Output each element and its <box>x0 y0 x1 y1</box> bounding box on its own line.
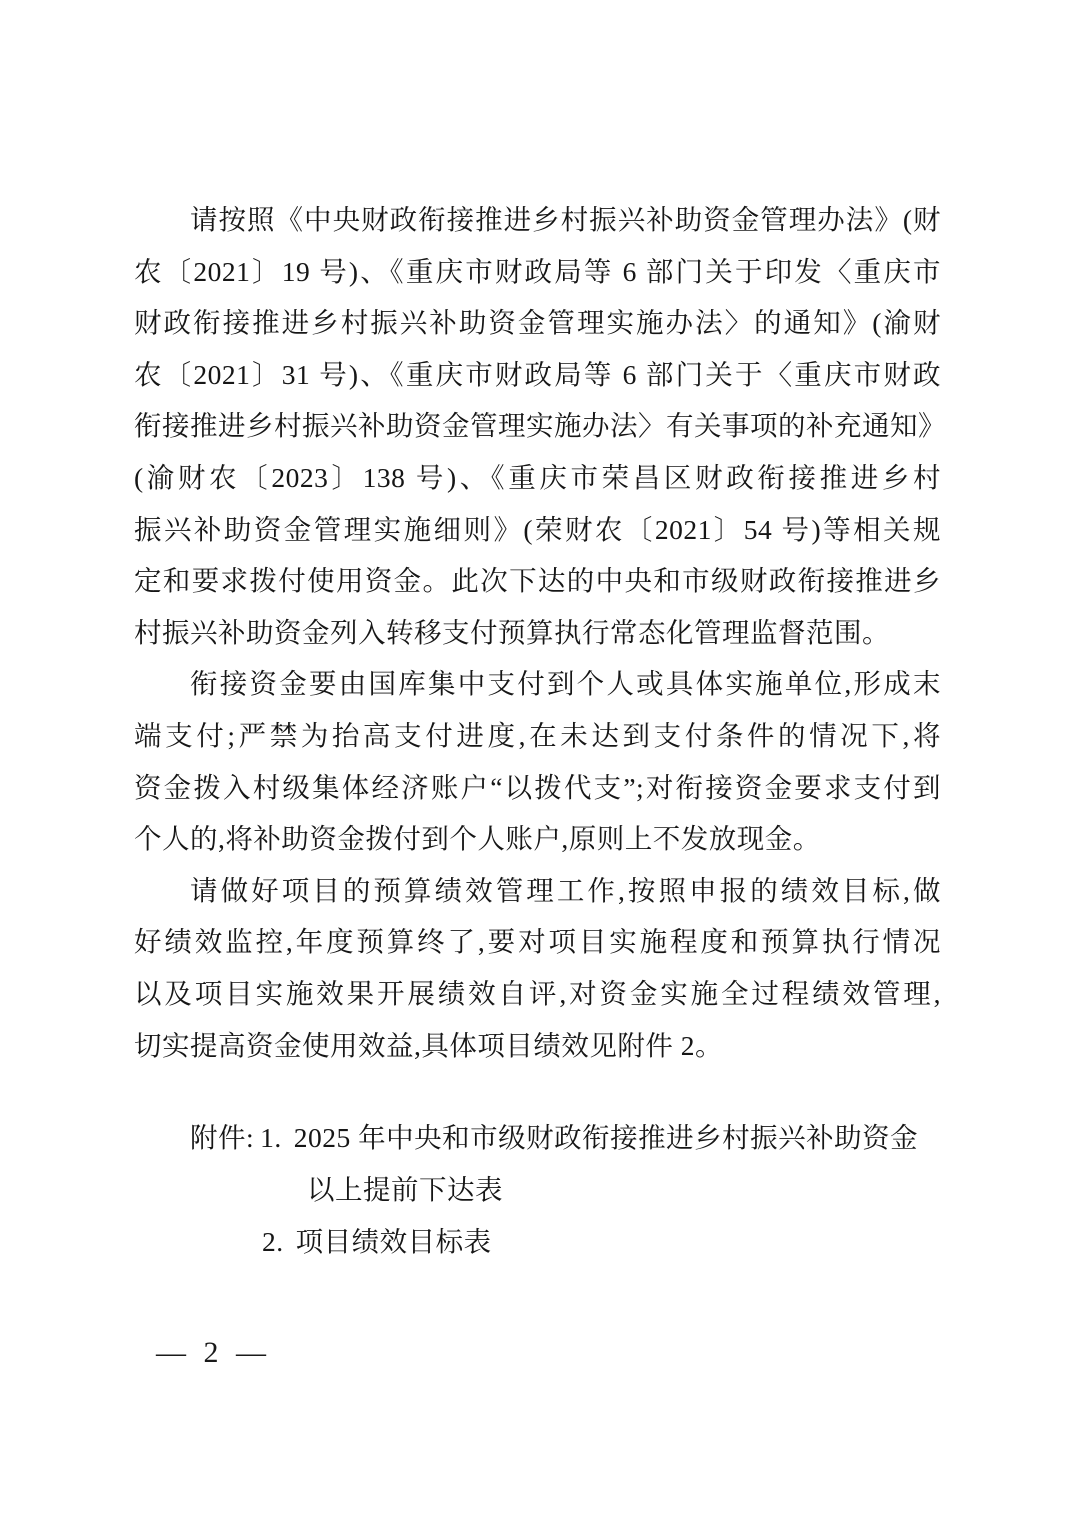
body-line-9: 村振兴补助资金列入转移支付预算执行常态化管理监督范围。 <box>134 607 941 659</box>
body-line-1: 请按照《中央财政衔接推进乡村振兴补助资金管理办法》(财 <box>134 194 941 246</box>
attachment-item-2: 2.项目绩效目标表 <box>190 1216 950 1268</box>
attachment-item-1-line-1: 附件:1.2025 年中央和市级财政衔接推进乡村振兴补助资金 <box>190 1112 950 1164</box>
body-line-15: 好绩效监控,年度预算终了,要对项目实施程度和预算执行情况 <box>134 916 941 968</box>
body-line-3: 财政衔接推进乡村振兴补助资金管理实施办法〉的通知》(渝财 <box>134 297 941 349</box>
attachments-label: 附件: <box>190 1122 254 1153</box>
document-body: 请按照《中央财政衔接推进乡村振兴补助资金管理办法》(财 农〔2021〕19 号)… <box>134 194 941 1071</box>
attachments-block: 附件:1.2025 年中央和市级财政衔接推进乡村振兴补助资金 以上提前下达表 2… <box>190 1112 950 1268</box>
body-line-14: 请做好项目的预算绩效管理工作,按照申报的绩效目标,做 <box>134 865 941 917</box>
body-line-13: 个人的,将补助资金拨付到个人账户,原则上不发放现金。 <box>134 813 941 865</box>
body-line-12: 资金拨入村级集体经济账户“以拨代支”;对衔接资金要求支付到 <box>134 762 941 814</box>
body-line-4: 农〔2021〕31 号)、《重庆市财政局等 6 部门关于〈重庆市财政 <box>134 349 941 401</box>
body-line-8: 定和要求拨付使用资金。此次下达的中央和市级财政衔接推进乡 <box>134 555 941 607</box>
body-line-10: 衔接资金要由国库集中支付到个人或具体实施单位,形成末 <box>134 658 941 710</box>
attachment-1-title: 2025 年中央和市级财政衔接推进乡村振兴补助资金 <box>294 1122 918 1153</box>
body-line-7: 振兴补助资金管理实施细则》(荣财农〔2021〕54 号)等相关规 <box>134 504 941 556</box>
document-page: 请按照《中央财政衔接推进乡村振兴补助资金管理办法》(财 农〔2021〕19 号)… <box>0 0 1074 1520</box>
attachment-item-1-line-2: 以上提前下达表 <box>190 1164 950 1216</box>
body-line-2: 农〔2021〕19 号)、《重庆市财政局等 6 部门关于印发〈重庆市 <box>134 246 941 298</box>
body-line-17: 切实提高资金使用效益,具体项目绩效见附件 2。 <box>134 1020 941 1072</box>
body-line-11: 端支付;严禁为抬高支付进度,在未达到支付条件的情况下,将 <box>134 710 941 762</box>
body-line-16: 以及项目实施效果开展绩效自评,对资金实施全过程绩效管理, <box>134 968 941 1020</box>
attachment-2-title: 项目绩效目标表 <box>296 1226 492 1257</box>
page-number: — 2 — <box>156 1336 267 1370</box>
body-line-5: 衔接推进乡村振兴补助资金管理实施办法〉有关事项的补充通知》 <box>134 400 941 452</box>
attachment-1-number: 1. <box>260 1122 282 1153</box>
attachment-2-number: 2. <box>262 1226 284 1257</box>
body-line-6: (渝财农〔2023〕138 号)、《重庆市荣昌区财政衔接推进乡村 <box>134 452 941 504</box>
